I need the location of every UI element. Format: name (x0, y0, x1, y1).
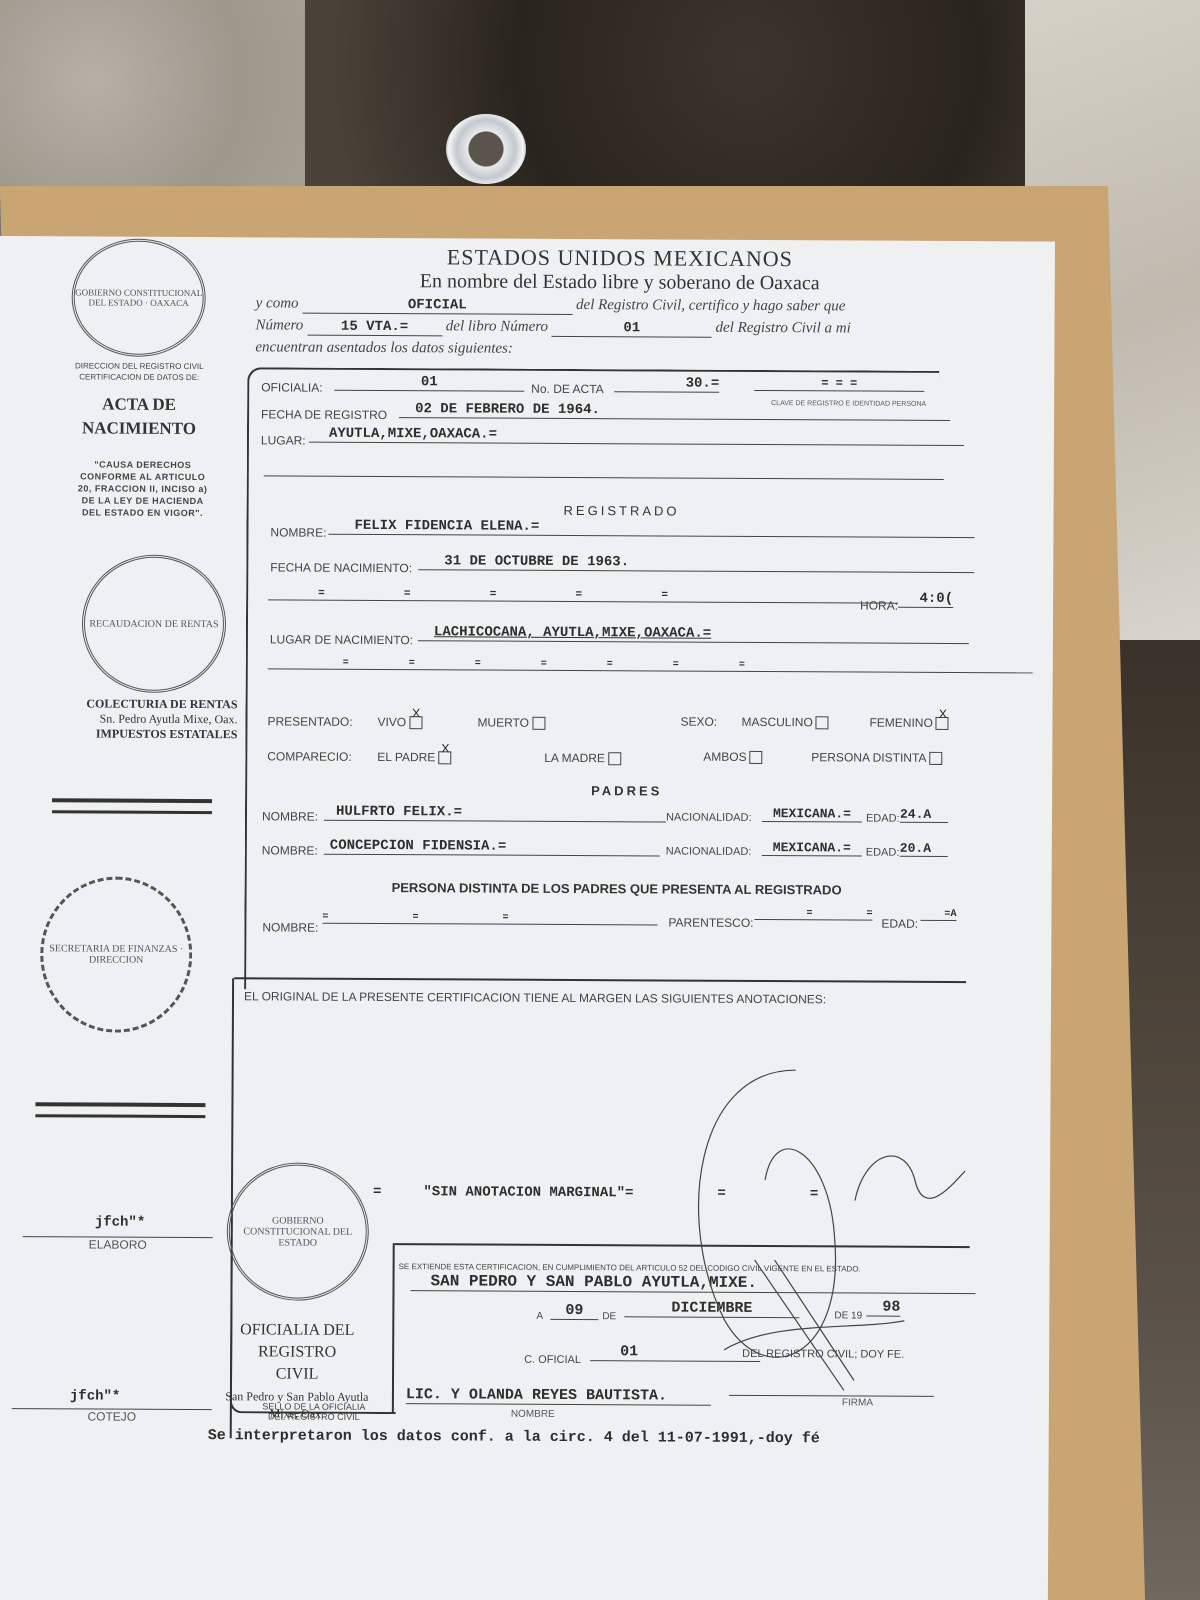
decorative-rule (35, 1102, 205, 1118)
la-madre-checkbox[interactable] (608, 753, 621, 766)
fecha-registro-value: 02 DE FEBRERO DE 1964. (399, 401, 950, 421)
madre-nombre-label: NOMBRE: (262, 843, 318, 857)
comparecio-label: COMPARECIO: (267, 749, 352, 763)
lugar-value: AYUTLA,MIXE,OAXACA.= (309, 426, 964, 446)
muerto-checkbox[interactable] (532, 717, 545, 730)
presentado-label: PRESENTADO: (267, 714, 352, 728)
data-frame (244, 367, 939, 993)
masculino-label: MASCULINO (741, 715, 812, 729)
line2-prefix: Número (255, 317, 303, 333)
seal-text: GOBIERNO CONSTITUCIONAL DEL ESTADO · OAX… (75, 287, 203, 308)
muerto-label: MUERTO (477, 716, 529, 730)
sello-caption: SELLO DE LA OFICIALIA DEL REGISTRO CIVIL (234, 1401, 394, 1422)
vivo-option[interactable]: VIVO (377, 715, 422, 730)
madre-nacionalidad-label: NACIONALIDAD: (666, 845, 752, 857)
line2-mid: del libro Número (446, 318, 548, 335)
dept-line-1: DIRECCION DEL REGISTRO CIVIL (59, 360, 219, 372)
cotejo-initials: jfch"* (70, 1388, 121, 1404)
persona-edad-value: =A (920, 909, 956, 921)
legal-note: "CAUSA DERECHOS CONFORME AL ARTICULO 20,… (77, 458, 209, 519)
header-line-3: encuentran asentados los datos siguiente… (255, 339, 513, 357)
oficial-label: C. OFICIAL (524, 1354, 581, 1366)
padre-nacionalidad-label: NACIONALIDAD: (666, 811, 752, 823)
state-subtitle: En nombre del Estado libre y soberano de… (250, 269, 990, 296)
acta-value: 30.= (614, 375, 719, 393)
parentesco-value: = = (754, 908, 872, 921)
concrete-background (0, 0, 310, 200)
muerto-option[interactable]: MUERTO (477, 716, 545, 731)
padres-title: PADRES (591, 783, 662, 798)
persona-nombre-label: NOMBRE: (262, 920, 318, 934)
country-title: ESTADOS UNIDOS MEXICANOS (250, 243, 990, 273)
dia-value: 09 (550, 1302, 598, 1320)
hora-value: 4:0( (898, 591, 953, 608)
oficialia-label: OFICIALIA: (261, 380, 322, 394)
seal-text: RECAUDACION DE RENTAS (89, 618, 218, 630)
persona-nombre-value: = = = (322, 912, 657, 926)
madre-edad-label: EDAD: (866, 847, 900, 859)
ambos-checkbox[interactable] (750, 751, 763, 764)
de-label: DE (602, 1311, 616, 1322)
parentesco-label: PARENTESCO: (668, 916, 753, 930)
el-padre-label: EL PADRE (377, 750, 435, 764)
persona-edad-label: EDAD: (881, 917, 918, 931)
line1-prefix: y como (256, 295, 299, 311)
department-caption: DIRECCION DEL REGISTRO CIVIL CERTIFICACI… (59, 360, 219, 383)
document-type: ACTA DE NACIMIENTO (59, 392, 219, 441)
sello-caption-2: DEL REGISTRO CIVIL (234, 1411, 394, 1422)
el-padre-option[interactable]: EL PADRE (377, 750, 451, 765)
state-seal-stamp: GOBIERNO CONSTITUCIONAL DEL ESTADO · OAX… (71, 238, 206, 357)
elaboro-label: ELABORO (89, 1237, 147, 1251)
elaboro-signature-line: ELABORO (23, 1236, 213, 1252)
header-line-2: Número 15 VTA.= del libro Número 01 del … (255, 317, 915, 338)
oficialia-value: 01 (334, 374, 524, 392)
dept-line-2: CERTIFICACION DE DATOS DE: (59, 371, 219, 383)
fecha-registro-label: FECHA DE REGISTRO (261, 407, 387, 422)
sello-line-2: CIVIL (202, 1363, 392, 1386)
official-title-value: OFICIAL (302, 297, 572, 315)
fecha-nacimiento-label: FECHA DE NACIMIENTO: (270, 560, 412, 575)
finanzas-seal-stamp: SECRETARIA DE FINANZAS · DIRECCION (40, 876, 193, 1033)
doc-type-line-1: ACTA DE (59, 392, 219, 417)
header-line-1: y como OFICIAL del Registro Civil, certi… (256, 295, 916, 316)
rentas-seal-stamp: RECAUDACION DE RENTAS (82, 554, 227, 693)
persona-distinta-label: PERSONA DISTINTA (811, 750, 926, 765)
padre-nombre-value: HULFRTO FELIX.= (324, 804, 666, 823)
persona-distinta-title: PERSONA DISTINTA DE LOS PADRES QUE PRESE… (392, 880, 842, 897)
registrado-title: REGISTRADO (564, 503, 680, 519)
lugar-nacimiento-value: LACHICOCANA, AYUTLA,MIXE,OAXACA.= (418, 624, 969, 644)
padre-edad-value: 24.A (900, 807, 948, 823)
vivo-label: VIVO (377, 715, 406, 729)
padre-edad-label: EDAD: (866, 813, 900, 825)
line2-suffix: del Registro Civil a mi (715, 320, 850, 337)
persona-distinta-option[interactable]: PERSONA DISTINTA (811, 750, 942, 765)
elaboro-initials: jfch"* (95, 1215, 146, 1231)
entry-number-value: 15 VTA.= (307, 319, 442, 337)
lugar-label: LUGAR: (261, 433, 306, 447)
book-number-value: 01 (552, 320, 712, 338)
seal-text: GOBIERNO CONSTITUCIONAL DEL ESTADO (230, 1215, 366, 1249)
fecha-nacimiento-value: 31 DE OCTUBRE DE 1963. (418, 553, 974, 573)
footer-note: Se interpretaron los datos conf. a la ci… (208, 1427, 820, 1447)
nombre-caption: NOMBRE (511, 1409, 555, 1420)
el-padre-checkbox[interactable] (438, 752, 451, 765)
rentas-caption: COLECTURIA DE RENTAS Sn. Pedro Ayutla Mi… (57, 696, 237, 742)
clave-value: = = = (754, 376, 924, 392)
padre-nacionalidad-value: MEXICANA.= (762, 806, 862, 823)
padre-nombre-label: NOMBRE: (262, 809, 318, 823)
seal-text: SECRETARIA DE FINANZAS · DIRECCION (43, 943, 189, 966)
madre-nacionalidad-value: MEXICANA.= (762, 840, 862, 857)
rentas-line-2: Sn. Pedro Ayutla Mixe, Oax. (57, 711, 237, 727)
birth-certificate: GOBIERNO CONSTITUCIONAL DEL ESTADO · OAX… (0, 236, 1055, 1600)
femenino-checkbox[interactable] (936, 717, 949, 730)
cotejo-signature-line: COTEJO (12, 1408, 212, 1424)
ambos-label: AMBOS (703, 750, 746, 764)
rentas-line-1: COLECTURIA DE RENTAS (58, 696, 238, 712)
femenino-label: FEMENINO (869, 716, 932, 730)
doc-type-line-2: NACIMIENTO (59, 416, 219, 441)
femenino-option[interactable]: FEMENINO (869, 716, 948, 731)
cotejo-label: COTEJO (87, 1409, 136, 1423)
line1-suffix: del Registro Civil, certifico y hago sab… (576, 297, 845, 314)
hora-label: HORA: (860, 599, 898, 613)
anotaciones-heading: EL ORIGINAL DE LA PRESENTE CERTIFICACION… (244, 989, 826, 1006)
registrado-nombre-value: FELIX FIDENCIA ELENA.= (328, 518, 974, 538)
la-madre-label: LA MADRE (544, 751, 605, 765)
masculino-checkbox[interactable] (816, 717, 829, 730)
nombre-label: NOMBRE: (270, 525, 326, 539)
persona-distinta-checkbox[interactable] (929, 752, 942, 765)
acta-label: No. DE ACTA (531, 382, 604, 396)
metal-washer (446, 114, 526, 184)
a-label: A (536, 1311, 543, 1322)
ambos-option[interactable]: AMBOS (703, 750, 762, 765)
la-madre-option[interactable]: LA MADRE (544, 751, 621, 766)
madre-nombre-value: CONCEPCION FIDENSIA.= (324, 838, 660, 857)
sexo-label: SEXO: (680, 715, 717, 729)
official-signature (654, 1059, 976, 1401)
soil-background (305, 0, 1045, 200)
masculino-option[interactable]: MASCULINO (741, 715, 828, 730)
sello-line-1: OFICIALIA DEL REGISTRO (202, 1319, 392, 1364)
rentas-line-3: IMPUESTOS ESTATALES (57, 726, 237, 742)
madre-edad-value: 20.A (900, 841, 948, 857)
vivo-checkbox[interactable] (409, 716, 422, 729)
decorative-rule (52, 798, 212, 814)
lugar-nacimiento-label: LUGAR DE NACIMIENTO: (270, 632, 413, 647)
